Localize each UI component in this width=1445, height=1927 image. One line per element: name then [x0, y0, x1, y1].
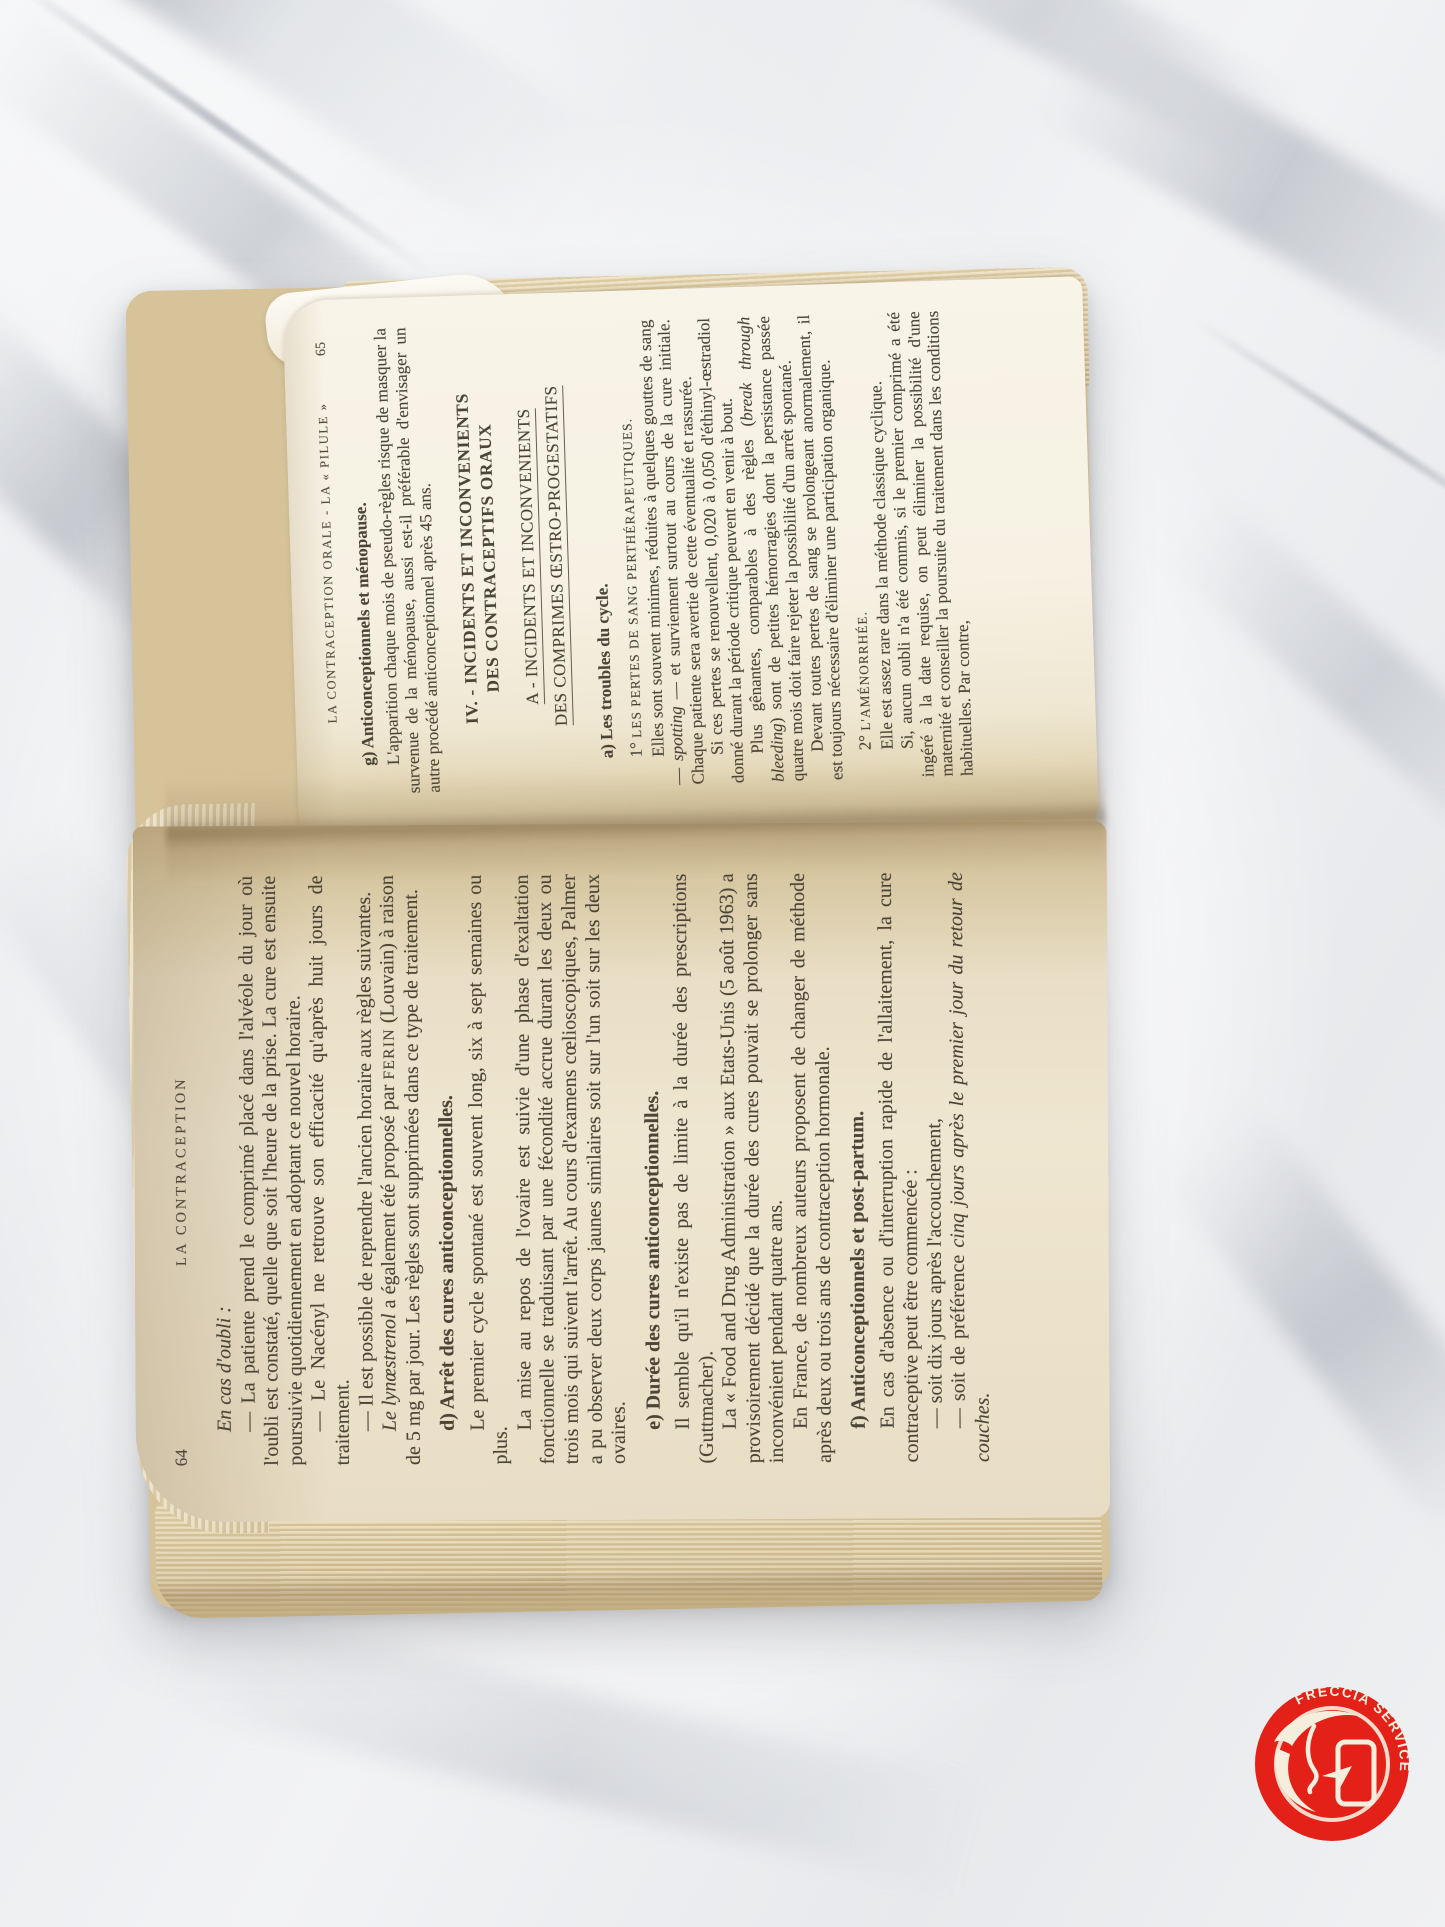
running-head-spacer [338, 770, 339, 796]
logo-badge: FRECCIA SERVICE [1252, 1684, 1412, 1844]
paragraph: Il semble qu'il n'existe pas de limite à… [669, 873, 719, 1463]
dash-item: — Il est possible de reprendre l'ancien … [353, 875, 380, 1465]
dash-item: — soit de préférence cinq jours après le… [945, 872, 995, 1462]
paragraph: Le lynœstrenol a également été proposé p… [376, 875, 426, 1465]
paragraph: En cas d'absence ou d'interruption rapid… [874, 872, 924, 1462]
paragraph: En France, de nombreux auteurs proposent… [787, 873, 837, 1463]
book-photo-scene: LA CONTRACEPTION ORALE - LA « PILULE » 6… [0, 0, 1445, 1927]
section-heading: d) Arrêt des cures anticonceptionnelles. [434, 875, 461, 1465]
dash-item: — Le Nacényl ne retrouve son efficacité … [305, 875, 355, 1465]
page-64: 64 LA CONTRACEPTION En cas d'oubli :— La… [133, 821, 1111, 1522]
paragraph: Si, aucun oubli n'a été commis, si le pr… [884, 310, 978, 778]
dash-item: — soit dix jours après l'accouchement, [921, 872, 948, 1462]
section-heading: f) Anticonceptionnels et post-partum. [845, 873, 872, 1463]
freccia-service-logo: FRECCIA SERVICE [1252, 1684, 1412, 1844]
dash-item: — La patiente prend le comprimé placé da… [235, 876, 309, 1466]
page-65-content: LA CONTRACEPTION ORALE - LA « PILULE » 6… [282, 276, 1099, 841]
section-heading: e) Durée des cures anticonceptionnelles. [640, 874, 667, 1464]
paragraph: La mise au repos de l'ovaire est suivie … [511, 874, 632, 1465]
paragraph: La « Food and Drug Administration » aux … [716, 873, 790, 1463]
open-book: LA CONTRACEPTION ORALE - LA « PILULE » 6… [115, 267, 1118, 1620]
page-65-text: g) Anticonceptionnels et ménopause.L'app… [346, 310, 978, 795]
page-number: 65 [313, 330, 330, 357]
page-64-content: 64 LA CONTRACEPTION En cas d'oubli :— La… [133, 821, 1111, 1522]
section-heading: a) Les troubles du cycle. [584, 321, 619, 787]
running-title: LA CONTRACEPTION [172, 902, 192, 1440]
page-65: LA CONTRACEPTION ORALE - LA « PILULE » 6… [282, 276, 1099, 841]
running-head: 64 LA CONTRACEPTION [169, 876, 192, 1466]
running-title: LA CONTRACEPTION ORALE - LA « PILULE » [314, 356, 342, 770]
page-64-text: En cas d'oubli :— La patiente prend le c… [211, 872, 995, 1466]
running-head: LA CONTRACEPTION ORALE - LA « PILULE » 6… [313, 330, 344, 796]
paragraph-lead: En cas d'oubli : [211, 876, 238, 1466]
paragraph: Le premier cycle spontané est souvent lo… [463, 875, 513, 1465]
page-number: 64 [172, 1440, 192, 1466]
